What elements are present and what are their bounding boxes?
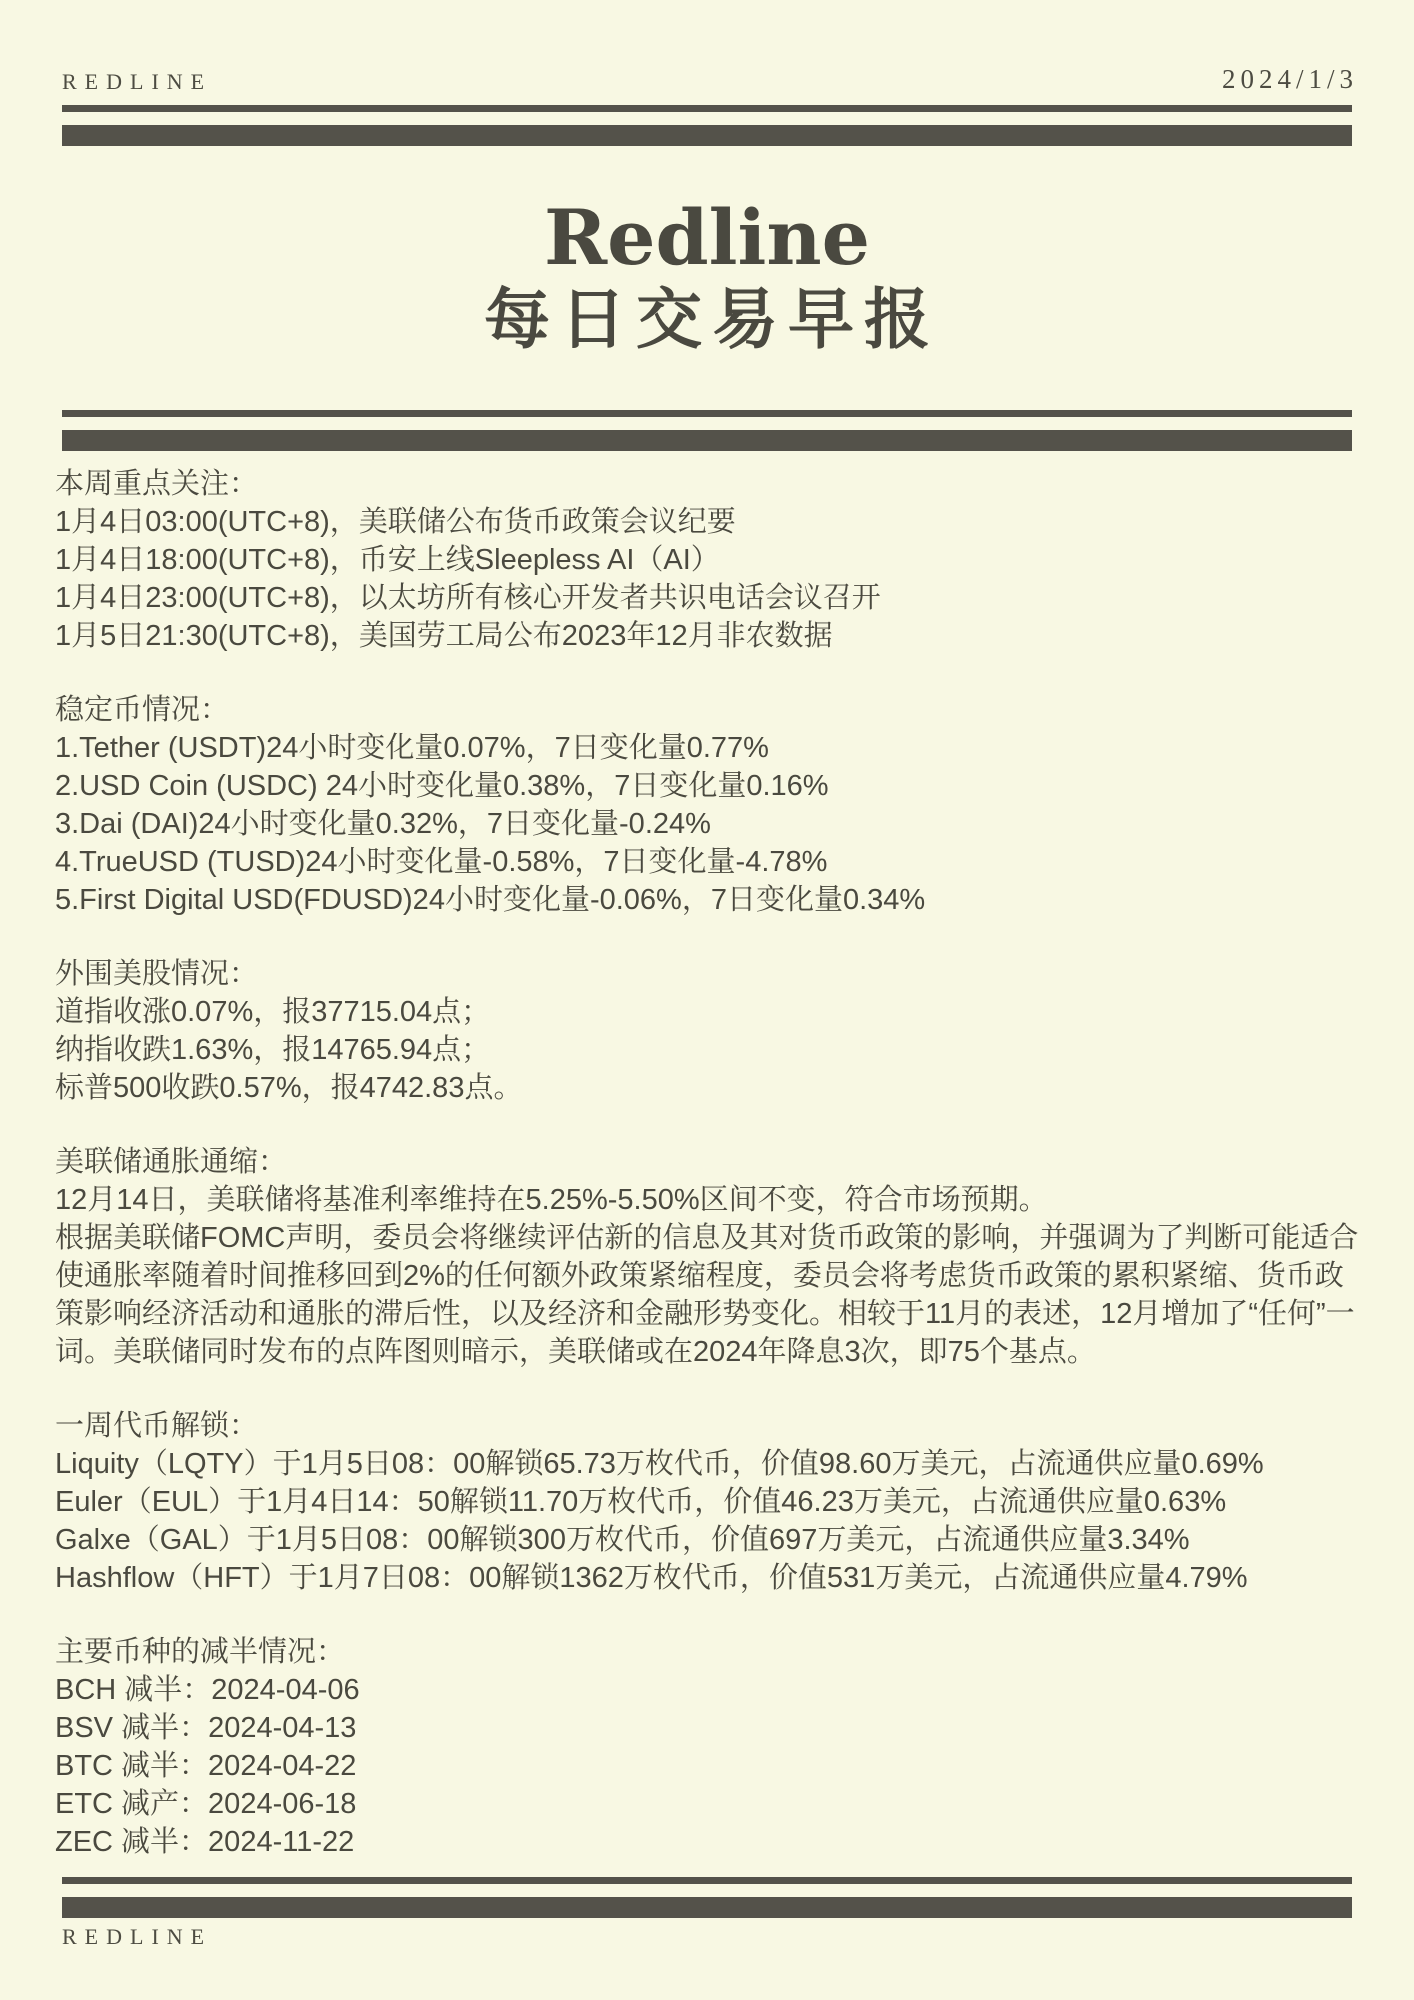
section-us-stocks: 外围美股情况： 道指收涨0.07%，报37715.04点； 纳指收跌1.63%，… — [55, 955, 1364, 1107]
halving-line: BCH 减半：2024-04-06 — [55, 1671, 1364, 1709]
index-line: 纳指收跌1.63%，报14765.94点； — [55, 1031, 1364, 1069]
section-heading: 外围美股情况： — [55, 955, 1364, 993]
header-divider — [62, 105, 1352, 146]
section-weekly-focus: 本周重点关注： 1月4日03:00(UTC+8)，美联储公布货币政策会议纪要 1… — [55, 465, 1364, 655]
newsletter-body: 本周重点关注： 1月4日03:00(UTC+8)，美联储公布货币政策会议纪要 1… — [0, 465, 1414, 1861]
index-line: 道指收涨0.07%，报37715.04点； — [55, 993, 1364, 1031]
section-heading: 主要币种的减半情况： — [55, 1633, 1364, 1671]
stablecoin-line: 2.USD Coin (USDC) 24小时变化量0.38%，7日变化量0.16… — [55, 767, 1364, 805]
stablecoin-line: 3.Dai (DAI)24小时变化量0.32%，7日变化量-0.24% — [55, 805, 1364, 843]
section-stablecoins: 稳定币情况： 1.Tether (USDT)24小时变化量0.07%，7日变化量… — [55, 691, 1364, 919]
section-fed-inflation: 美联储通胀通缩： 12月14日，美联储将基准利率维持在5.25%-5.50%区间… — [55, 1143, 1364, 1371]
unlock-line: Liquity（LQTY）于1月5日08：00解锁65.73万枚代币，价值98.… — [55, 1445, 1364, 1483]
divider-gap — [62, 417, 1352, 430]
event-line: 1月4日03:00(UTC+8)，美联储公布货币政策会议纪要 — [55, 503, 1364, 541]
divider-thick-bar — [62, 125, 1352, 146]
newsletter-page: REDLINE 2024/1/3 Redline 每日交易早报 本周重点关注： … — [0, 0, 1414, 2000]
section-heading: 一周代币解锁： — [55, 1407, 1364, 1445]
stablecoin-line: 4.TrueUSD (TUSD)24小时变化量-0.58%，7日变化量-4.78… — [55, 843, 1364, 881]
page-title: Redline — [0, 200, 1414, 276]
header-date: 2024/1/3 — [1222, 64, 1358, 95]
page-subtitle: 每日交易早报 — [0, 286, 1414, 352]
brand-wordmark: REDLINE — [62, 69, 212, 95]
divider-gap — [62, 112, 1352, 125]
divider-thick-bar — [62, 1897, 1352, 1918]
section-heading: 稳定币情况： — [55, 691, 1364, 729]
fed-rate-line: 12月14日，美联储将基准利率维持在5.25%-5.50%区间不变，符合市场预期… — [55, 1181, 1364, 1219]
halving-line: ZEC 减半：2024-11-22 — [55, 1823, 1364, 1861]
divider-gap — [62, 1884, 1352, 1897]
divider-thick-bar — [62, 430, 1352, 451]
halving-line: ETC 减产：2024-06-18 — [55, 1785, 1364, 1823]
stablecoin-line: 1.Tether (USDT)24小时变化量0.07%，7日变化量0.77% — [55, 729, 1364, 767]
unlock-line: Galxe（GAL）于1月5日08：00解锁300万枚代币，价值697万美元，占… — [55, 1521, 1364, 1559]
section-heading: 美联储通胀通缩： — [55, 1143, 1364, 1181]
event-line: 1月5日21:30(UTC+8)，美国劳工局公布2023年12月非农数据 — [55, 617, 1364, 655]
unlock-line: Euler（EUL）于1月4日14：50解锁11.70万枚代币，价值46.23万… — [55, 1483, 1364, 1521]
footer-divider — [62, 1877, 1352, 1918]
halving-line: BTC 减半：2024-04-22 — [55, 1747, 1364, 1785]
section-token-unlocks: 一周代币解锁： Liquity（LQTY）于1月5日08：00解锁65.73万枚… — [55, 1407, 1364, 1597]
event-line: 1月4日18:00(UTC+8)，币安上线Sleepless AI（AI） — [55, 541, 1364, 579]
title-block: Redline 每日交易早报 — [0, 200, 1414, 352]
halving-line: BSV 减半：2024-04-13 — [55, 1709, 1364, 1747]
index-line: 标普500收跌0.57%，报4742.83点。 — [55, 1069, 1364, 1107]
divider-thin-bar — [62, 105, 1352, 112]
footer-brand-wordmark: REDLINE — [62, 1924, 1352, 1950]
divider-thin-bar — [62, 410, 1352, 417]
divider-thin-bar — [62, 1877, 1352, 1884]
header: REDLINE 2024/1/3 — [0, 0, 1414, 95]
title-divider — [62, 410, 1352, 451]
event-line: 1月4日23:00(UTC+8)，以太坊所有核心开发者共识电话会议召开 — [55, 579, 1364, 617]
stablecoin-line: 5.First Digital USD(FDUSD)24小时变化量-0.06%，… — [55, 881, 1364, 919]
section-halvings: 主要币种的减半情况： BCH 减半：2024-04-06 BSV 减半：2024… — [55, 1633, 1364, 1861]
section-heading: 本周重点关注： — [55, 465, 1364, 503]
fomc-paragraph: 根据美联储FOMC声明，委员会将继续评估新的信息及其对货币政策的影响，并强调为了… — [55, 1219, 1364, 1371]
unlock-line: Hashflow（HFT）于1月7日08：00解锁1362万枚代币，价值531万… — [55, 1559, 1364, 1597]
